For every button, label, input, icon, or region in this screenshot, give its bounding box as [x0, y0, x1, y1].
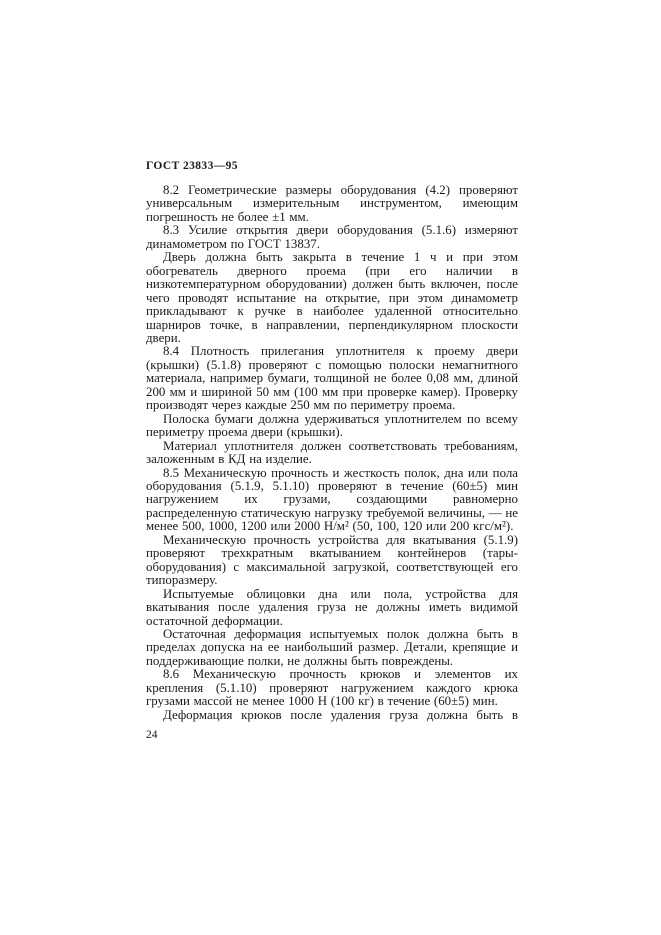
body-paragraph: Деформация крюков после удаления груза д…: [146, 709, 518, 722]
body-paragraph: Механическую прочность устройства для вк…: [146, 534, 518, 588]
running-header: ГОСТ 23833—95: [146, 160, 238, 172]
body-paragraph: 8.3 Усилие открытия двери оборудования (…: [146, 224, 518, 251]
body-paragraph: 8.6 Механическую прочность крюков и элем…: [146, 668, 518, 708]
body-paragraph: Материал уплотнителя должен соответствов…: [146, 440, 518, 467]
body-paragraph: 8.5 Механическую прочность и жесткость п…: [146, 467, 518, 534]
page-number: 24: [146, 729, 158, 741]
scanned-document-page: ГОСТ 23833—95 8.2 Геометрические размеры…: [0, 0, 661, 935]
body-paragraph: Остаточная деформация испытуемых полок д…: [146, 628, 518, 668]
document-body: 8.2 Геометрические размеры оборудования …: [146, 184, 518, 722]
body-paragraph: Полоска бумаги должна удерживаться уплот…: [146, 413, 518, 440]
body-paragraph: Испытуемые облицовки дна или пола, устро…: [146, 588, 518, 628]
body-paragraph: 8.2 Геометрические размеры оборудования …: [146, 184, 518, 224]
body-paragraph: 8.4 Плотность прилегания уплотнителя к п…: [146, 345, 518, 412]
body-paragraph: Дверь должна быть закрыта в течение 1 ч …: [146, 251, 518, 345]
